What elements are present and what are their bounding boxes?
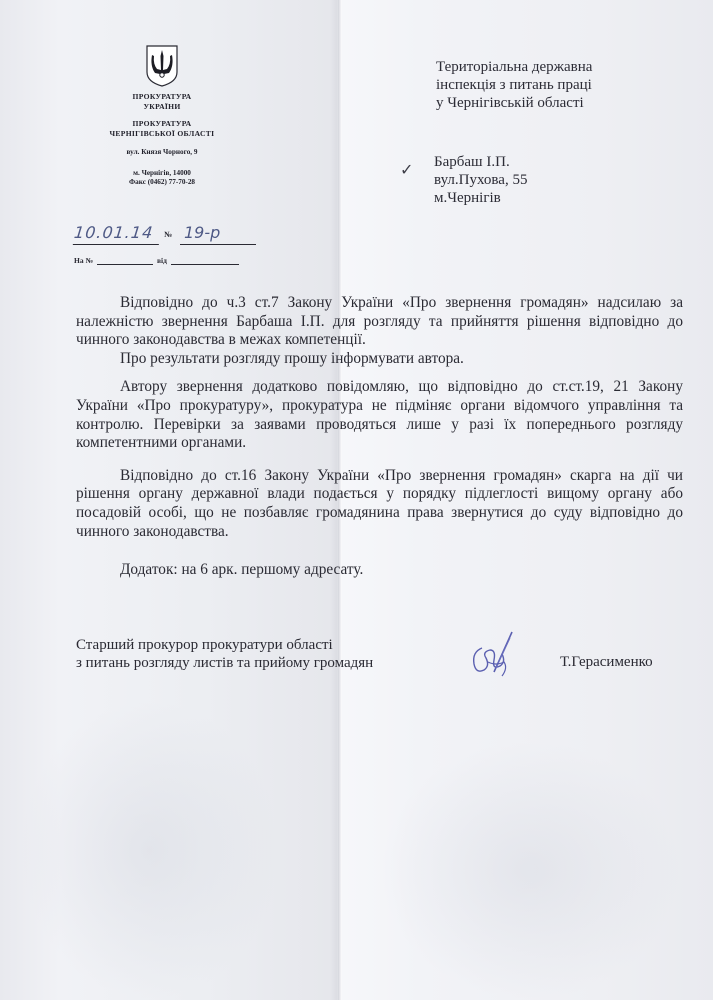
handwritten-number: 19-р xyxy=(180,222,256,245)
signatory-title-line: з питань розгляду листів та прийому гром… xyxy=(76,654,373,672)
paper-shadow xyxy=(20,700,280,1000)
org-name-line: УКРАЇНИ xyxy=(82,102,242,112)
number-label: № xyxy=(164,230,172,239)
addressee-line: Барбаш І.П. xyxy=(434,153,527,171)
org-name-regional: ПРОКУРАТУРА ЧЕРНІГІВСЬКОЇ ОБЛАСТІ xyxy=(82,119,242,138)
signatory-title: Старший прокурор прокуратури області з п… xyxy=(76,636,373,672)
addressee-line: вул.Пухова, 55 xyxy=(434,171,527,189)
addressee-line: інспекція з питань праці xyxy=(436,76,592,94)
addressee-citizen: Барбаш І.П. вул.Пухова, 55 м.Чернігів xyxy=(434,153,527,207)
org-fax: Факс (0462) 77-70-28 xyxy=(82,178,242,187)
in-reply-date-blank xyxy=(171,256,239,265)
scanned-letter-page: ПРОКУРАТУРА УКРАЇНИ ПРОКУРАТУРА ЧЕРНІГІВ… xyxy=(0,0,713,1000)
letterhead: ПРОКУРАТУРА УКРАЇНИ ПРОКУРАТУРА ЧЕРНІГІВ… xyxy=(82,44,242,187)
in-reply-number-blank xyxy=(97,256,153,265)
trident-emblem-icon xyxy=(145,44,179,88)
addressee-line: у Чернігівській області xyxy=(436,94,592,112)
from-label: від xyxy=(157,256,167,265)
signatory-name: Т.Герасименко xyxy=(560,654,653,671)
body-paragraph: Про результати розгляду прошу інформуват… xyxy=(76,350,683,369)
signatory-title-line: Старший прокурор прокуратури області xyxy=(76,636,373,654)
handwritten-date: 10.01.14 xyxy=(73,222,161,245)
paper-shadow xyxy=(380,740,680,1000)
in-reply-label: На № xyxy=(74,256,93,265)
addressee-line: м.Чернігів xyxy=(434,189,527,207)
body-paragraph: Відповідно до ст.16 Закону України «Про … xyxy=(76,467,683,541)
outgoing-reference: 10.01.14 № 19-р xyxy=(72,222,250,248)
addressee-labour-inspection: Територіальна державна інспекція з питан… xyxy=(436,58,592,112)
org-name-line: ЧЕРНІГІВСЬКОЇ ОБЛАСТІ xyxy=(82,129,242,139)
letter-body: Відповідно до ч.3 ст.7 Закону України «П… xyxy=(76,294,683,580)
org-name-line: ПРОКУРАТУРА xyxy=(82,119,242,129)
org-name-line: ПРОКУРАТУРА xyxy=(82,92,242,102)
org-city: м. Чернігів, 14000 xyxy=(82,169,242,178)
attachment-note: Додаток: на 6 арк. першому адресату. xyxy=(76,561,683,580)
addressee-line: Територіальна державна xyxy=(436,58,592,76)
handwritten-signature-icon xyxy=(466,628,522,680)
org-street: вул. Князя Чорного, 9 xyxy=(82,148,242,157)
body-paragraph: Відповідно до ч.3 ст.7 Закону України «П… xyxy=(76,294,683,350)
incoming-reference: На № від xyxy=(74,256,239,265)
checkmark-icon: ✓ xyxy=(400,160,413,179)
body-paragraph: Автору звернення додатково повідомляю, щ… xyxy=(76,378,683,452)
org-name-ukraine: ПРОКУРАТУРА УКРАЇНИ xyxy=(82,92,242,111)
